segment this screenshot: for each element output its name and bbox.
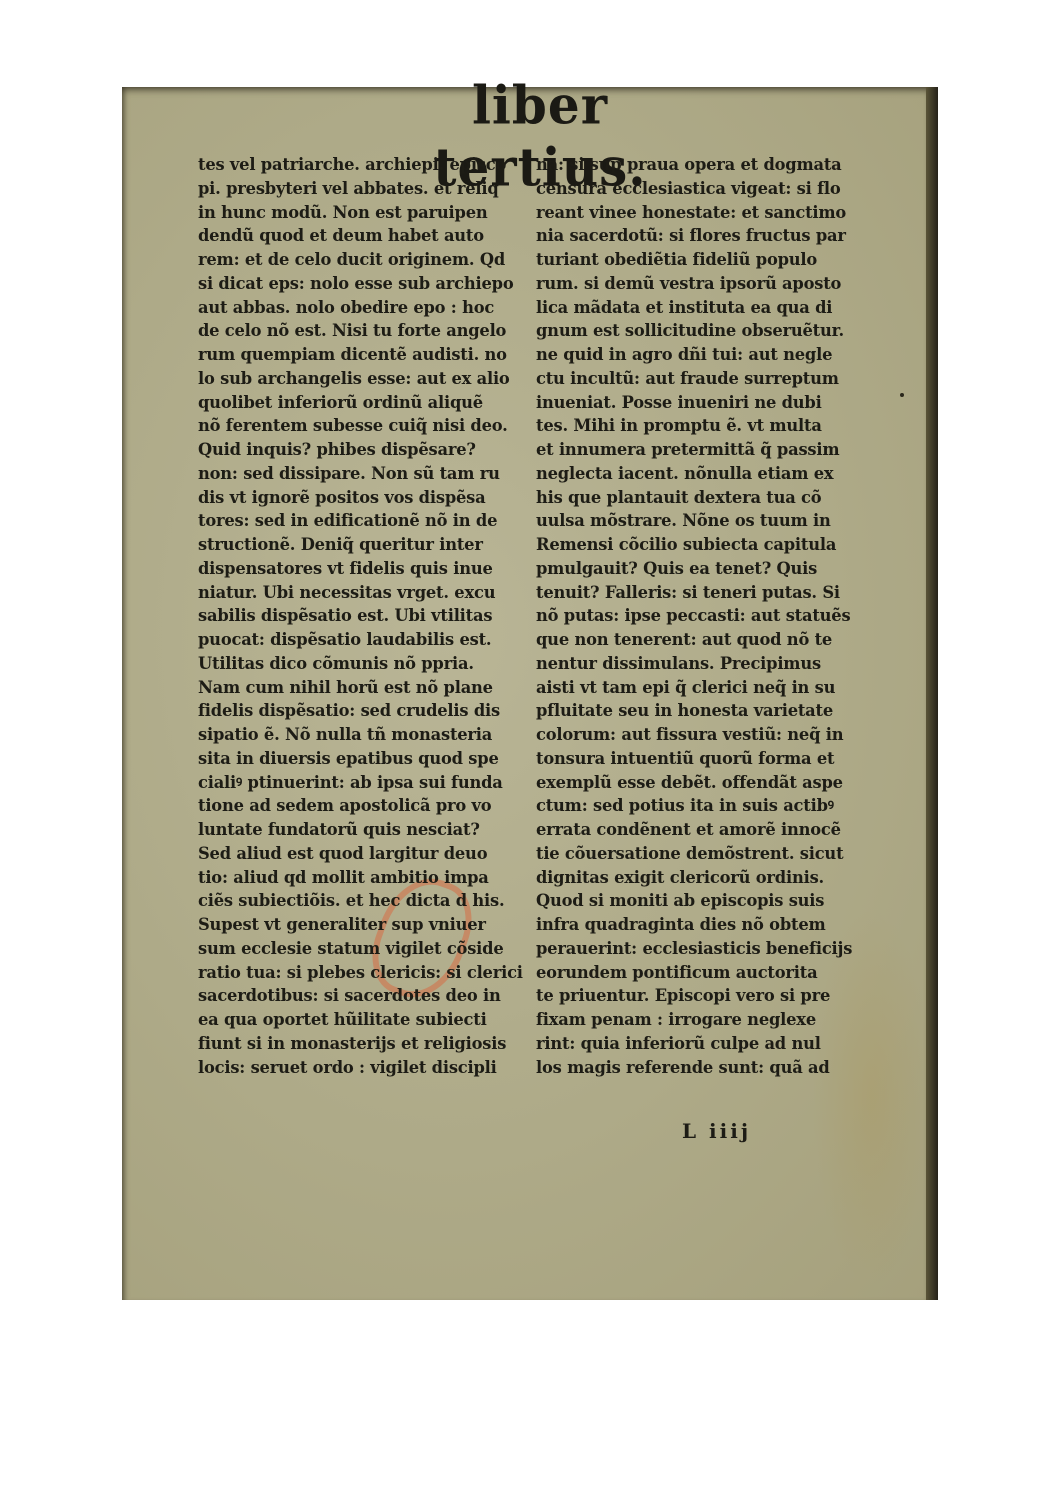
text-line: inueniat. Posse inueniri ne dubi bbox=[536, 391, 896, 415]
binding-edge bbox=[926, 87, 938, 1300]
text-line: rum quempiam dicentẽ audisti. no bbox=[198, 343, 538, 367]
text-line: ctu incultũ: aut fraude surreptum bbox=[536, 367, 896, 391]
text-line: sum ecclesie statum vigilet cõside bbox=[198, 937, 538, 961]
text-line: dendũ quod et deum habet auto bbox=[198, 224, 538, 248]
text-line: pfluitate seu in honesta varietate bbox=[536, 699, 896, 723]
text-line: fidelis dispẽsatio: sed crudelis dis bbox=[198, 699, 538, 723]
text-line: Quod si moniti ab episcopis suis bbox=[536, 889, 896, 913]
text-line: exemplũ esse debẽt. offendãt aspe bbox=[536, 771, 896, 795]
text-line: et innumera pretermittã q̃ passim bbox=[536, 438, 896, 462]
text-line: his que plantauit dextera tua cõ bbox=[536, 486, 896, 510]
text-line: puocat: dispẽsatio laudabilis est. bbox=[198, 628, 538, 652]
text-line: tores: sed in edificationẽ nõ in de bbox=[198, 509, 538, 533]
text-line: sita in diuersis epatibus quod spe bbox=[198, 747, 538, 771]
text-line: ne quid in agro dñi tui: aut negle bbox=[536, 343, 896, 367]
text-line: dignitas exigit clericorũ ordinis. bbox=[536, 866, 896, 890]
text-line: colorum: aut fissura vestiũ: neq̃ in bbox=[536, 723, 896, 747]
text-line: ctum: sed potius ita in suis actibꝰ bbox=[536, 794, 896, 818]
text-line: si dicat eps: nolo esse sub archiepo bbox=[198, 272, 538, 296]
text-line: turiant obediẽtia fideliũ populo bbox=[536, 248, 896, 272]
text-line: tes vel patriarche. archiepi. episco bbox=[198, 153, 538, 177]
text-line: tes. Mihi in promptu ẽ. vt multa bbox=[536, 414, 896, 438]
ink-speck bbox=[900, 393, 904, 397]
signature-mark: L iiij bbox=[682, 1119, 751, 1143]
text-line: tie cõuersatione demõstrent. sicut bbox=[536, 842, 896, 866]
text-line: Nam cum nihil horũ est nõ plane bbox=[198, 676, 538, 700]
text-line: eorundem pontificum auctorita bbox=[536, 961, 896, 985]
text-line: te priuentur. Episcopi vero si pre bbox=[536, 984, 896, 1008]
text-line: rint: quia inferiorũ culpe ad nul bbox=[536, 1032, 896, 1056]
text-line: fixam penam : irrogare neglexe bbox=[536, 1008, 896, 1032]
text-line: locis: seruet ordo : vigilet discipli bbox=[198, 1056, 538, 1080]
text-line: neglecta iacent. nõnulla etiam ex bbox=[536, 462, 896, 486]
text-line: ratio tua: si plebes clericis: si cleric… bbox=[198, 961, 538, 985]
text-line: ciẽs subiectiõis. et hec dicta d his. bbox=[198, 889, 538, 913]
text-line: perauerint: ecclesiasticis beneficijs bbox=[536, 937, 896, 961]
text-line: rem: et de celo ducit originem. Qd bbox=[198, 248, 538, 272]
text-line: non: sed dissipare. Non sũ tam ru bbox=[198, 462, 538, 486]
text-line: Supest vt generaliter sup vniuer bbox=[198, 913, 538, 937]
text-line: structionẽ. Deniq̃ queritur inter bbox=[198, 533, 538, 557]
text-line: gnum est sollicitudine obseruẽtur. bbox=[536, 319, 896, 343]
text-line: rum. si demũ vestra ipsorũ aposto bbox=[536, 272, 896, 296]
text-line: na: si sup praua opera et dogmata bbox=[536, 153, 896, 177]
text-column-left: tes vel patriarche. archiepi. episcopi. … bbox=[198, 153, 538, 1079]
text-line: pi. presbyteri vel abbates. et reliq bbox=[198, 177, 538, 201]
text-line: aisti vt tam epi q̃ clerici neq̃ in su bbox=[536, 676, 896, 700]
text-line: aut abbas. nolo obedire epo : hoc bbox=[198, 296, 538, 320]
text-line: lo sub archangelis esse: aut ex alio bbox=[198, 367, 538, 391]
text-line: lica mãdata et instituta ea qua di bbox=[536, 296, 896, 320]
text-line: los magis referende sunt: quã ad bbox=[536, 1056, 896, 1080]
text-line: quolibet inferiorũ ordinũ aliquẽ bbox=[198, 391, 538, 415]
text-line: Remensi cõcilio subiecta capitula bbox=[536, 533, 896, 557]
text-line: in hunc modũ. Non est paruipen bbox=[198, 201, 538, 225]
text-line: tione ad sedem apostolicã pro vo bbox=[198, 794, 538, 818]
scanned-page: liber tertius. tes vel patriarche. archi… bbox=[122, 87, 938, 1300]
text-line: luntate fundatorũ quis nesciat? bbox=[198, 818, 538, 842]
text-line: tio: aliud qd mollit ambitio impa bbox=[198, 866, 538, 890]
text-line: uulsa mõstrare. Nõne os tuum in bbox=[536, 509, 896, 533]
text-line: infra quadraginta dies nõ obtem bbox=[536, 913, 896, 937]
text-line: que non tenerent: aut quod nõ te bbox=[536, 628, 896, 652]
text-line: sacerdotibus: si sacerdotes deo in bbox=[198, 984, 538, 1008]
text-line: nentur dissimulans. Precipimus bbox=[536, 652, 896, 676]
text-line: dis vt ignorẽ positos vos dispẽsa bbox=[198, 486, 538, 510]
text-line: errata condẽnent et amorẽ innocẽ bbox=[536, 818, 896, 842]
text-line: niatur. Ubi necessitas vrget. excu bbox=[198, 581, 538, 605]
text-line: dispensatores vt fidelis quis inue bbox=[198, 557, 538, 581]
text-line: cialiꝰ ptinuerint: ab ipsa sui funda bbox=[198, 771, 538, 795]
text-line: censura ecclesiastica vigeat: si flo bbox=[536, 177, 896, 201]
text-line: de celo nõ est. Nisi tu forte angelo bbox=[198, 319, 538, 343]
text-line: Sed aliud est quod largitur deuo bbox=[198, 842, 538, 866]
text-line: ea qua oportet hũilitate subiecti bbox=[198, 1008, 538, 1032]
text-line: pmulgauit? Quis ea tenet? Quis bbox=[536, 557, 896, 581]
text-line: Quid inquis? phibes dispẽsare? bbox=[198, 438, 538, 462]
text-line: tenuit? Falleris: si teneri putas. Si bbox=[536, 581, 896, 605]
text-column-right: na: si sup praua opera et dogmatacensura… bbox=[536, 153, 896, 1079]
text-line: reant vinee honestate: et sanctimo bbox=[536, 201, 896, 225]
text-line: sipatio ẽ. Nõ nulla tñ monasteria bbox=[198, 723, 538, 747]
text-line: nõ ferentem subesse cuiq̃ nisi deo. bbox=[198, 414, 538, 438]
text-line: nõ putas: ipse peccasti: aut statuẽs bbox=[536, 604, 896, 628]
text-line: fiunt si in monasterijs et religiosis bbox=[198, 1032, 538, 1056]
text-line: Utilitas dico cõmunis nõ ppria. bbox=[198, 652, 538, 676]
text-line: sabilis dispẽsatio est. Ubi vtilitas bbox=[198, 604, 538, 628]
text-line: nia sacerdotũ: si flores fructus par bbox=[536, 224, 896, 248]
text-line: tonsura intuentiũ quorũ forma et bbox=[536, 747, 896, 771]
